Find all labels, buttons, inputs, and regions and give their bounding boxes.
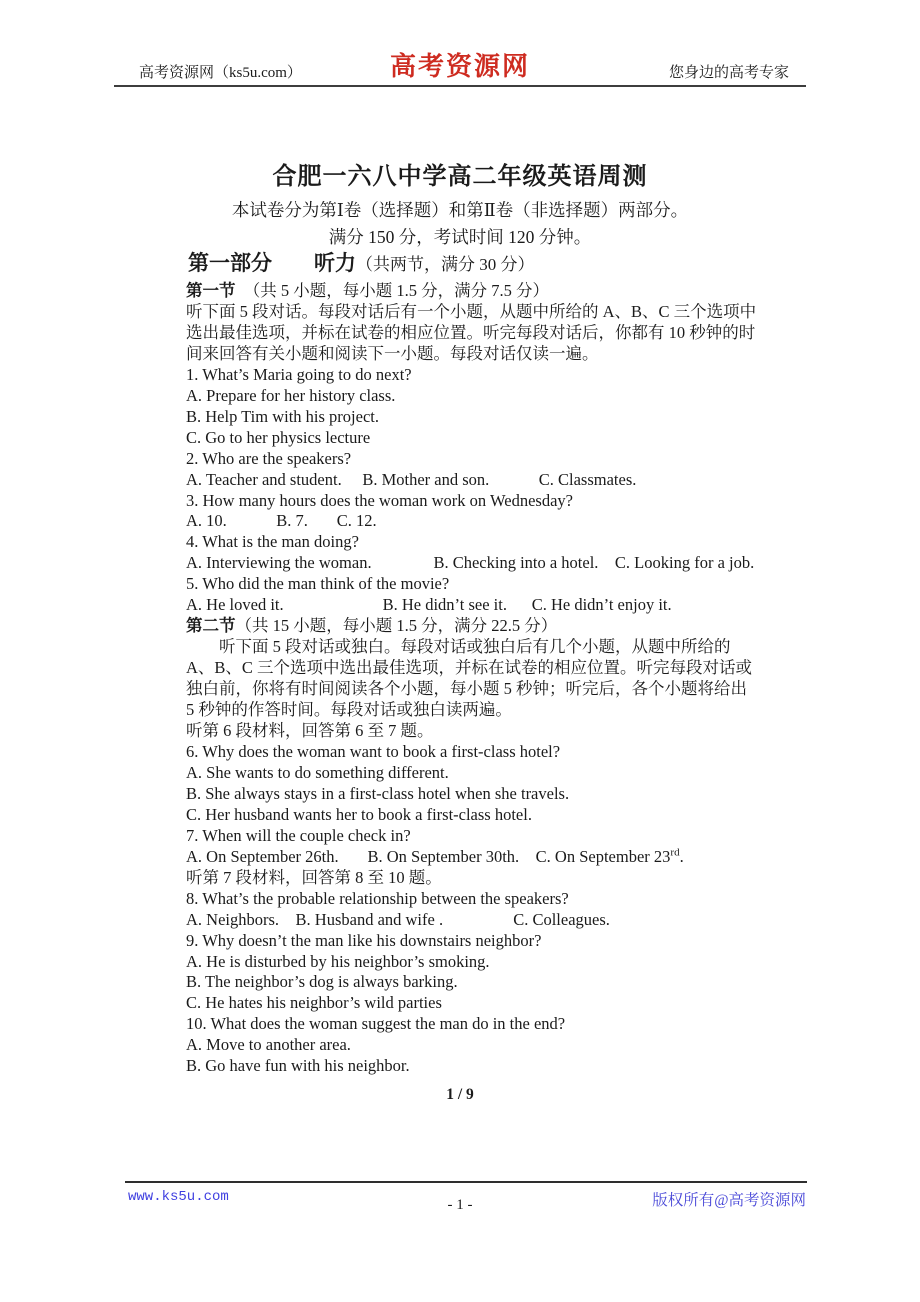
superscript: rd <box>670 846 679 858</box>
part1-heading: 第一部分 听力（共两节，满分 30 分） <box>188 247 535 277</box>
line-text: A. On September 26th. B. On September 30… <box>186 847 670 866</box>
doc-line: B. She always stays in a first-class hot… <box>186 784 796 805</box>
doc-line: A. 10. B. 7. C. 12. <box>186 511 796 532</box>
doc-line: A. She wants to do something different. <box>186 763 796 784</box>
doc-line: 间来回答有关小题和阅读下一小题。每段对话仅读一遍。 <box>186 344 796 365</box>
scanned-exam-page: { "colors": { "logo_red": "#ce2b20", "li… <box>0 0 920 1302</box>
doc-line: A. He loved it. B. He didn’t see it. C. … <box>186 595 796 616</box>
doc-line: 选出最佳选项，并标在试卷的相应位置。听完每段对话后，你都有 10 秒钟的时 <box>186 323 796 344</box>
doc-line: A. Teacher and student. B. Mother and so… <box>186 470 796 491</box>
doc-line: 第二节（共 15 小题，每小题 1.5 分，满分 22.5 分） <box>186 616 796 637</box>
doc-line: 听下面 5 段对话。每段对话后有一个小题，从题中所给的 A、B、C 三个选项中 <box>186 302 796 323</box>
doc-line: B. Go have fun with his neighbor. <box>186 1056 796 1077</box>
exam-subtitle-1: 本试卷分为第Ⅰ卷（选择题）和第Ⅱ卷（非选择题）两部分。 <box>0 197 920 222</box>
doc-line: 第一节 （共 5 小题，每小题 1.5 分，满分 7.5 分） <box>186 281 796 302</box>
doc-line: C. He hates his neighbor’s wild parties <box>186 993 796 1014</box>
doc-line: 5. Who did the man think of the movie? <box>186 574 796 595</box>
doc-content: 第一节 （共 5 小题，每小题 1.5 分，满分 7.5 分）听下面 5 段对话… <box>186 281 796 1077</box>
part1-heading-main: 第一部分 听力 <box>188 251 356 275</box>
doc-line: B. The neighbor’s dog is always barking. <box>186 972 796 993</box>
doc-line: A. He is disturbed by his neighbor’s smo… <box>186 952 796 973</box>
doc-line: 10. What does the woman suggest the man … <box>186 1014 796 1035</box>
doc-line: B. Help Tim with his project. <box>186 407 796 428</box>
doc-line: 6. Why does the woman want to book a fir… <box>186 742 796 763</box>
doc-line: A. Prepare for her history class. <box>186 386 796 407</box>
doc-line: 听第 6 段材料，回答第 6 至 7 题。 <box>186 721 796 742</box>
doc-line: 5 秒钟的作答时间。每段对话或独白读两遍。 <box>186 700 796 721</box>
page-indicator: 1 / 9 <box>0 1086 920 1104</box>
doc-line: A. On September 26th. B. On September 30… <box>186 847 796 868</box>
doc-line: 1. What’s Maria going to do next? <box>186 365 796 386</box>
line-text: （共 15 小题，每小题 1.5 分，满分 22.5 分） <box>236 616 558 635</box>
doc-line: 7. When will the couple check in? <box>186 826 796 847</box>
doc-line: A. Interviewing the woman. B. Checking i… <box>186 553 796 574</box>
doc-line: 听第 7 段材料，回答第 8 至 10 题。 <box>186 868 796 889</box>
line-text: . <box>680 847 684 866</box>
footer-copyright[interactable]: 版权所有@高考资源网 <box>652 1188 806 1210</box>
header-right-text: 您身边的高考专家 <box>669 61 789 82</box>
doc-line: 听下面 5 段对话或独白。每段对话或独白后有几个小题，从题中所给的 <box>186 637 796 658</box>
doc-line: A. Move to another area. <box>186 1035 796 1056</box>
doc-line: 4. What is the man doing? <box>186 532 796 553</box>
line-text: （共 5 小题，每小题 1.5 分，满分 7.5 分） <box>236 281 550 300</box>
footer-rule <box>125 1181 807 1183</box>
doc-line: C. Her husband wants her to book a first… <box>186 805 796 826</box>
doc-line: A、B、C 三个选项中选出最佳选项，并标在试卷的相应位置。听完每段对话或 <box>186 658 796 679</box>
line-bold: 第二节 <box>186 616 236 635</box>
exam-subtitle-2: 满分 150 分，考试时间 120 分钟。 <box>0 224 920 249</box>
doc-line: 9. Why doesn’t the man like his downstai… <box>186 931 796 952</box>
doc-line: A. Neighbors. B. Husband and wife . C. C… <box>186 910 796 931</box>
line-bold: 第一节 <box>186 281 236 300</box>
doc-line: C. Go to her physics lecture <box>186 428 796 449</box>
exam-title: 合肥一六八中学高二年级英语周测 <box>0 156 920 191</box>
doc-line: 8. What’s the probable relationship betw… <box>186 889 796 910</box>
doc-line: 独白前，你将有时间阅读各个小题，每小题 5 秒钟；听完后，各个小题将给出 <box>186 679 796 700</box>
doc-line: 2. Who are the speakers? <box>186 449 796 470</box>
doc-line: 3. How many hours does the woman work on… <box>186 491 796 512</box>
header-rule <box>114 85 806 87</box>
part1-heading-paren: （共两节，满分 30 分） <box>356 255 535 274</box>
